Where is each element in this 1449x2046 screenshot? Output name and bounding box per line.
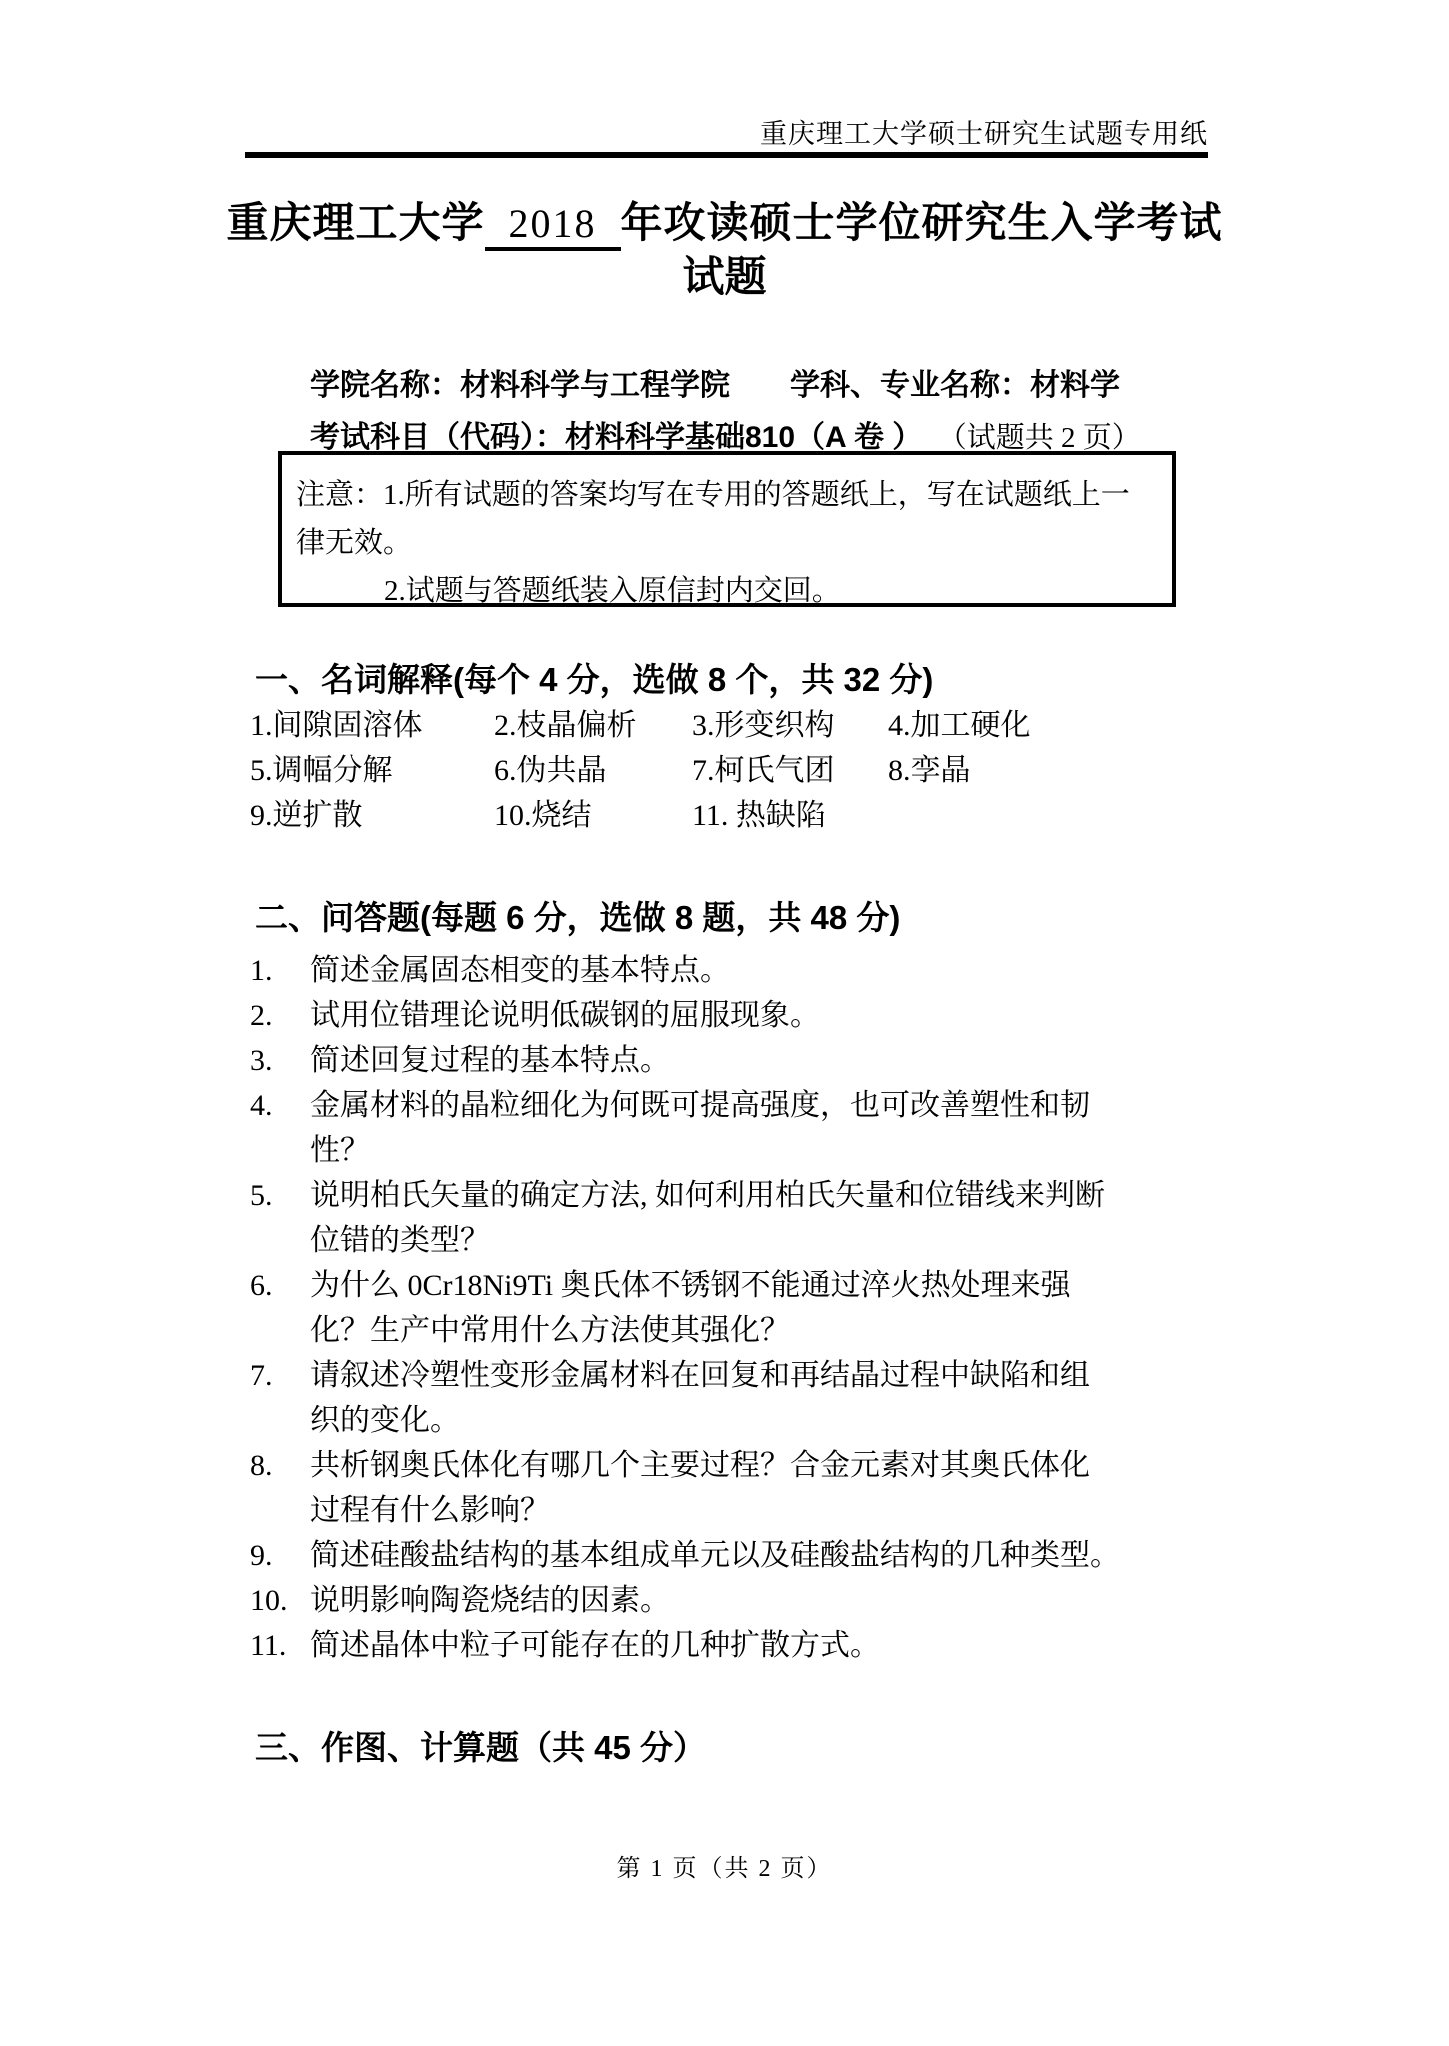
paper-type-note: 重庆理工大学硕士研究生试题专用纸	[760, 112, 1208, 151]
notice-line-2: 律无效。	[296, 519, 1154, 567]
question-item: 2.试用位错理论说明低碳钢的屈服现象。	[250, 993, 1210, 1038]
question-text: 共析钢奥氏体化有哪几个主要过程？合金元素对其奥氏体化	[310, 1449, 1090, 1482]
title-year: 2018	[509, 201, 597, 246]
question-text: 说明影响陶瓷烧结的因素。	[310, 1584, 670, 1617]
question-item: 4.金属材料的晶粒细化为何既可提高强度，也可改善塑性和韧	[250, 1083, 1210, 1128]
term-item: 1.间隙固溶体	[250, 703, 494, 748]
question-text: 金属材料的晶粒细化为何既可提高强度，也可改善塑性和韧	[310, 1089, 1090, 1122]
question-text: 试用位错理论说明低碳钢的屈服现象。	[310, 999, 820, 1032]
exam-title-line-1: 重庆理工大学2018年攻读硕士学位研究生入学考试	[0, 198, 1449, 251]
section-2-heading: 二、问答题(每题 6 分，选做 8 题，共 48 分)	[255, 898, 900, 938]
question-text: 说明柏氏矢量的确定方法, 如何利用柏氏矢量和位错线来判断	[310, 1179, 1105, 1212]
header-divider-rule	[245, 152, 1208, 158]
page-footer: 第 1 页（共 2 页）	[0, 1848, 1449, 1883]
question-number: 9.	[250, 1533, 273, 1578]
term-item: 10.烧结	[494, 793, 692, 838]
title-university: 重庆理工大学	[226, 199, 484, 246]
question-text: 简述金属固态相变的基本特点。	[310, 954, 730, 987]
question-number: 3.	[250, 1038, 273, 1083]
term-item: 2.枝晶偏析	[494, 703, 692, 748]
question-item: 9.简述硅酸盐结构的基本组成单元以及硅酸盐结构的几种类型。	[250, 1533, 1210, 1578]
question-item-continuation: 化？生产中常用什么方法使其强化？	[250, 1308, 1210, 1353]
question-text: 简述晶体中粒子可能存在的几种扩散方式。	[310, 1629, 880, 1662]
question-number: 1.	[250, 948, 273, 993]
question-text: 请叙述冷塑性变形金属材料在回复和再结晶过程中缺陷和组	[310, 1359, 1090, 1392]
exam-subject: 考试科目（代码）：材料科学基础810（A 卷 ）	[310, 421, 922, 454]
question-number: 2.	[250, 993, 273, 1038]
term-item: 4.加工硬化	[888, 703, 1208, 748]
term-item: 11. 热缺陷	[692, 793, 888, 838]
question-number: 7.	[250, 1353, 273, 1398]
question-item: 6.为什么 0Cr18Ni9Ti 奥氏体不锈钢不能通过淬火热处理来强	[250, 1263, 1210, 1308]
question-item-continuation: 位错的类型？	[250, 1218, 1210, 1263]
major-name: 学科、专业名称：材料学	[790, 360, 1120, 404]
term-item: 9.逆扩散	[250, 793, 494, 838]
question-number: 4.	[250, 1083, 273, 1128]
question-item-continuation: 织的变化。	[250, 1398, 1210, 1443]
question-number: 6.	[250, 1263, 273, 1308]
question-text: 为什么 0Cr18Ni9Ti 奥氏体不锈钢不能通过淬火热处理来强	[310, 1269, 1071, 1302]
info-line-college-major: 学院名称：材料科学与工程学院 学科、专业名称：材料学	[0, 360, 1449, 400]
title-suffix: 年攻读硕士学位研究生入学考试	[621, 199, 1223, 246]
question-item: 11.简述晶体中粒子可能存在的几种扩散方式。	[250, 1623, 1210, 1668]
question-item-continuation: 过程有什么影响？	[250, 1488, 1210, 1533]
notice-box: 注意：1.所有试题的答案均写在专用的答题纸上，写在试题纸上一 律无效。 2.试题…	[278, 451, 1176, 607]
exam-title-line-2: 试题	[0, 252, 1449, 302]
question-number: 10.	[250, 1578, 288, 1623]
term-item: 7.柯氏气团	[692, 748, 888, 793]
question-number: 11.	[250, 1623, 286, 1668]
question-text: 简述硅酸盐结构的基本组成单元以及硅酸盐结构的几种类型。	[310, 1539, 1120, 1572]
term-item: 3.形变织构	[692, 703, 888, 748]
question-item: 5.说明柏氏矢量的确定方法, 如何利用柏氏矢量和位错线来判断	[250, 1173, 1210, 1218]
question-item: 7.请叙述冷塑性变形金属材料在回复和再结晶过程中缺陷和组	[250, 1353, 1210, 1398]
pages-count-note: （试题共 2 页）	[952, 422, 1141, 454]
question-number: 5.	[250, 1173, 273, 1218]
question-text: 简述回复过程的基本特点。	[310, 1044, 670, 1077]
section-2-question-list: 1.简述金属固态相变的基本特点。 2.试用位错理论说明低碳钢的屈服现象。 3.简…	[250, 948, 1210, 1668]
section-1-terms-grid: 1.间隙固溶体 2.枝晶偏析 3.形变织构 4.加工硬化 5.调幅分解 6.伪共…	[250, 703, 1208, 838]
notice-line-3: 2.试题与答题纸装入原信封内交回。	[296, 567, 1154, 615]
info-line-subject: 考试科目（代码）：材料科学基础810（A 卷 ）（试题共 2 页）	[310, 412, 1141, 456]
section-1-heading: 一、名词解释(每个 4 分，选做 8 个，共 32 分)	[255, 660, 933, 700]
college-name: 学院名称：材料科学与工程学院	[310, 360, 730, 404]
term-item: 8.孪晶	[888, 748, 1208, 793]
question-item-continuation: 性？	[250, 1128, 1210, 1173]
section-3-heading: 三、作图、计算题（共 45 分）	[255, 1728, 706, 1768]
exam-paper-page: 重庆理工大学硕士研究生试题专用纸 重庆理工大学2018年攻读硕士学位研究生入学考…	[0, 0, 1449, 2046]
term-item: 5.调幅分解	[250, 748, 494, 793]
question-item: 10.说明影响陶瓷烧结的因素。	[250, 1578, 1210, 1623]
title-year-blank: 2018	[485, 200, 621, 251]
question-item: 8.共析钢奥氏体化有哪几个主要过程？合金元素对其奥氏体化	[250, 1443, 1210, 1488]
question-number: 8.	[250, 1443, 273, 1488]
notice-line-1: 注意：1.所有试题的答案均写在专用的答题纸上，写在试题纸上一	[296, 471, 1154, 519]
question-item: 3.简述回复过程的基本特点。	[250, 1038, 1210, 1083]
term-item: 6.伪共晶	[494, 748, 692, 793]
question-item: 1.简述金属固态相变的基本特点。	[250, 948, 1210, 993]
